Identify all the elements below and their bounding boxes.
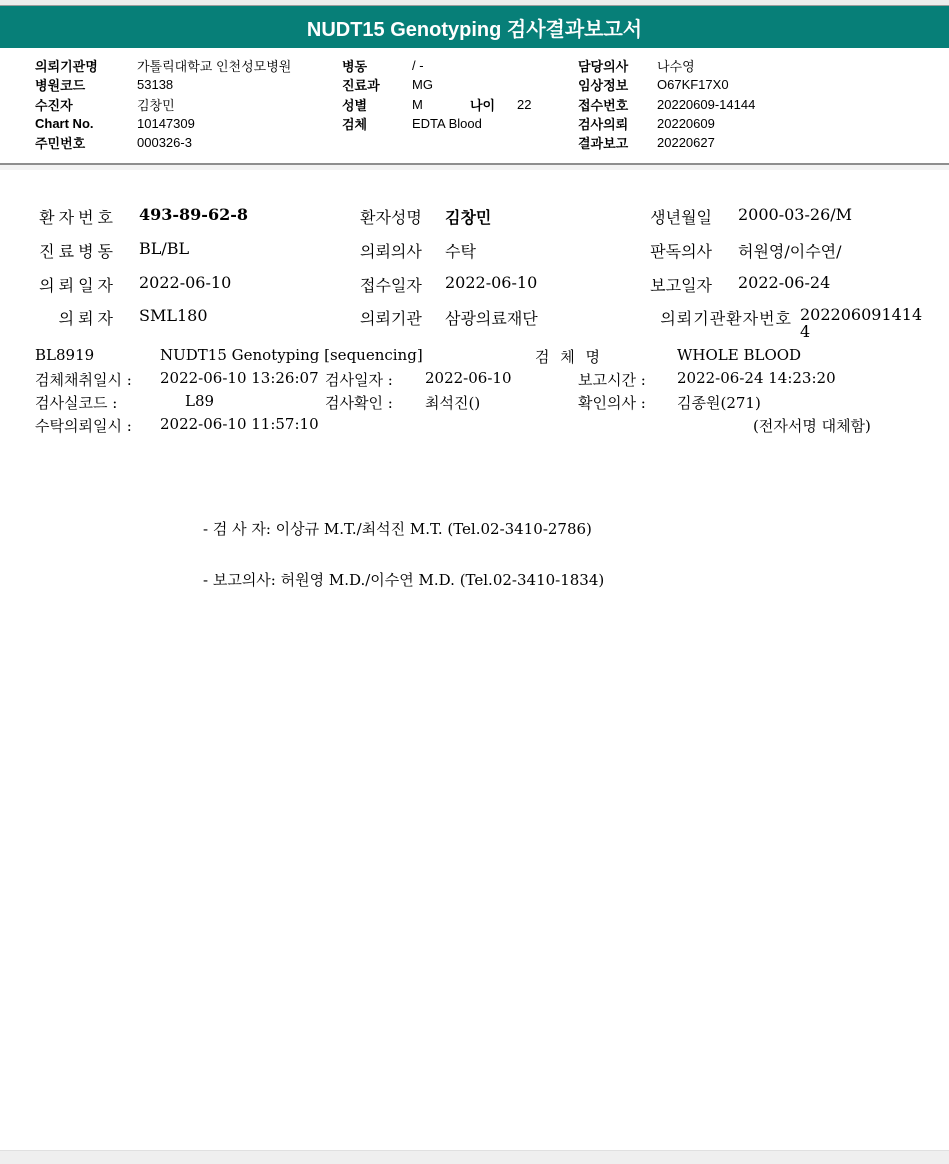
report-date-label: 보고일자 [612, 273, 712, 296]
collected-datetime-value: 2022-06-10 13:26:07 [160, 369, 319, 387]
footer-contact-block: - 검 사 자: 이상규 M.T./최석진 M.T. (Tel.02-3410-… [203, 487, 604, 623]
esign-note: (전자서명 대체함) [753, 415, 871, 436]
report-title: NUDT15 Genotyping 검사결과보고서 [307, 13, 642, 42]
patient-fullname-label: 환자성명 [360, 205, 422, 228]
org-name-label: 의뢰기관명 [35, 56, 137, 75]
patient-id-label: 환자번호 [20, 205, 117, 228]
department-row: 진료과 MG [342, 75, 577, 94]
specimen-value: EDTA Blood [412, 116, 482, 131]
resident-no-value: 000326-3 [137, 135, 192, 150]
accession-no-value: 20220609-14144 [657, 97, 755, 112]
gender-age-row: 성별 M 나이 22 [342, 95, 577, 114]
test-confirm-value: 최석진() [425, 392, 480, 413]
report-time-value: 2022-06-24 14:23:20 [677, 369, 836, 387]
resident-no-row: 주민번호 000326-3 [35, 133, 335, 152]
hospital-code-label: 병원코드 [35, 75, 137, 94]
ward-value: / - [412, 58, 424, 73]
ward-label: 병동 [342, 56, 412, 75]
specimen-name-label: 검 체 명 [535, 346, 603, 367]
patient-id-value: 493-89-62-8 [139, 205, 248, 224]
org-patient-no-value: 2022060914144 [800, 306, 924, 340]
clinical-info-label: 임상정보 [578, 75, 657, 94]
ward-room-value: BL/BL [139, 239, 189, 258]
confirm-doctor-value: 김종원(271) [677, 392, 761, 413]
request-doctor-label: 의뢰의사 [360, 239, 422, 262]
chart-no-label: Chart No. [35, 116, 137, 131]
test-name: NUDT15 Genotyping [sequencing] [160, 346, 423, 364]
attending-doctor-label: 담당의사 [578, 56, 657, 75]
org-name-row: 의뢰기관명 가톨릭대학교 인천성모병원 [35, 56, 335, 75]
request-org-label: 의뢰기관 [360, 306, 422, 329]
org-patient-no-label: 의뢰기관환자번호 [632, 306, 792, 329]
test-code: BL8919 [35, 346, 94, 364]
header-divider-strip [0, 165, 949, 170]
gender-value: M [412, 97, 470, 112]
request-datetime-label: 수탁의뢰일시 : [35, 415, 132, 436]
department-label: 진료과 [342, 75, 412, 94]
examinee-value: 김창민 [137, 95, 175, 114]
report-doctor-line: - 보고의사: 허원영 M.D./이수연 M.D. (Tel.02-3410-1… [203, 572, 604, 589]
report-date-value: 2022-06-24 [738, 273, 830, 292]
ward-room-label: 진료병동 [20, 239, 117, 262]
patient-row-4: 의뢰자 SML180 의뢰기관 삼광의료재단 의뢰기관환자번호 20220609… [0, 306, 949, 326]
confirm-doctor-label: 확인의사 : [578, 392, 646, 413]
hospital-code-row: 병원코드 53138 [35, 75, 335, 94]
collected-datetime-label: 검체채취일시 : [35, 369, 132, 390]
result-report-date-label: 결과보고 [578, 133, 657, 152]
request-doctor-value: 수탁 [445, 239, 476, 262]
birth-date-value: 2000-03-26/M [738, 205, 852, 224]
org-header-right-column: 담당의사 나수영 임상정보 O67KF17X0 접수번호 20220609-14… [578, 56, 928, 152]
chart-no-value: 10147309 [137, 116, 195, 131]
test-request-date-value: 20220609 [657, 116, 715, 131]
requester-label: 의뢰자 [20, 306, 117, 329]
report-page: NUDT15 Genotyping 검사결과보고서 의뢰기관명 가톨릭대학교 인… [0, 0, 949, 1164]
patient-fullname-value: 김창민 [445, 205, 491, 228]
window-bottom-bar [0, 1150, 949, 1164]
org-header-middle-column: 병동 / - 진료과 MG 성별 M 나이 22 검체 EDTA Blood [342, 56, 577, 133]
hospital-code-value: 53138 [137, 77, 173, 92]
attending-doctor-value: 나수영 [657, 56, 695, 75]
request-org-value: 삼광의료재단 [445, 306, 538, 329]
examiner-line: - 검 사 자: 이상규 M.T./최석진 M.T. (Tel.02-3410-… [203, 521, 604, 538]
department-value: MG [412, 77, 433, 92]
attending-doctor-row: 담당의사 나수영 [578, 56, 928, 75]
test-date-value: 2022-06-10 [425, 369, 511, 387]
lab-code-value: L89 [185, 392, 214, 410]
age-label: 나이 [470, 95, 517, 114]
report-title-bar: NUDT15 Genotyping 검사결과보고서 [0, 6, 949, 48]
patient-row-1: 환자번호 493-89-62-8 환자성명 김창민 생년월일 2000-03-2… [0, 205, 949, 225]
accession-no-label: 접수번호 [578, 95, 657, 114]
patient-row-3: 의뢰일자 2022-06-10 접수일자 2022-06-10 보고일자 202… [0, 273, 949, 293]
ward-row: 병동 / - [342, 56, 577, 75]
examinee-row: 수진자 김창민 [35, 95, 335, 114]
request-datetime-value: 2022-06-10 11:57:10 [160, 415, 319, 433]
test-confirm-label: 검사확인 : [325, 392, 393, 413]
examinee-label: 수진자 [35, 95, 137, 114]
specimen-name-value: WHOLE BLOOD [677, 346, 801, 364]
clinical-info-value: O67KF17X0 [657, 77, 729, 92]
patient-row-2: 진료병동 BL/BL 의뢰의사 수탁 판독의사 허원영/이수연/ [0, 239, 949, 259]
specimen-row: 검체 EDTA Blood [342, 114, 577, 133]
result-report-date-value: 20220627 [657, 135, 715, 150]
lab-code-label: 검사실코드 : [35, 392, 117, 413]
test-request-date-label: 검사의뢰 [578, 114, 657, 133]
clinical-info-row: 임상정보 O67KF17X0 [578, 75, 928, 94]
reading-doctor-label: 판독의사 [612, 239, 712, 262]
org-name-value: 가톨릭대학교 인천성모병원 [137, 56, 291, 75]
request-date-label: 의뢰일자 [20, 273, 117, 296]
result-report-date-row: 결과보고 20220627 [578, 133, 928, 152]
requester-value: SML180 [139, 306, 208, 325]
age-value: 22 [517, 97, 531, 112]
receipt-date-value: 2022-06-10 [445, 273, 537, 292]
report-time-label: 보고시간 : [578, 369, 646, 390]
test-date-label: 검사일자 : [325, 369, 393, 390]
gender-label: 성별 [342, 95, 412, 114]
reading-doctor-value: 허원영/이수연/ [738, 239, 842, 262]
request-date-value: 2022-06-10 [139, 273, 231, 292]
accession-no-row: 접수번호 20220609-14144 [578, 95, 928, 114]
resident-no-label: 주민번호 [35, 133, 137, 152]
birth-date-label: 생년월일 [612, 205, 712, 228]
test-request-date-row: 검사의뢰 20220609 [578, 114, 928, 133]
chart-no-row: Chart No. 10147309 [35, 114, 335, 133]
specimen-label: 검체 [342, 114, 412, 133]
org-header-left-column: 의뢰기관명 가톨릭대학교 인천성모병원 병원코드 53138 수진자 김창민 C… [35, 56, 335, 152]
receipt-date-label: 접수일자 [360, 273, 422, 296]
